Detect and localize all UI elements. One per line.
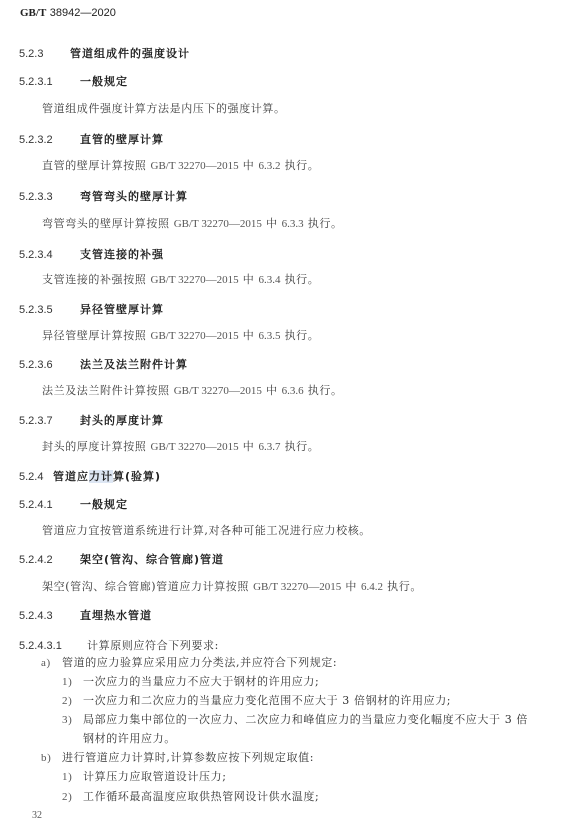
section-heading-5-2-3-4: 5.2.3.4支管连接的补强	[19, 246, 164, 262]
standard-reference: GB/T 32270—2015	[174, 218, 262, 230]
clause-reference: 6.3.3	[282, 218, 304, 230]
section-heading-5-2-4: 5.2.4管道应力计算(验算)	[19, 468, 161, 484]
section-number: 5.2.3.7	[19, 414, 80, 428]
text: 中	[243, 440, 255, 453]
clause-reference: 6.3.6	[282, 385, 304, 397]
section-number: 5.2.4	[19, 470, 53, 484]
section-title: 架空(管沟、综合管廊)管道	[80, 553, 224, 566]
list-text: 一次应力和二次应力的当量应力变化范围不应大于 3 倍钢材的许用应力;	[83, 694, 451, 707]
standard-code-header: GB/T 38942—2020	[20, 6, 116, 20]
text: 支管连接的补强按照	[42, 273, 146, 286]
text: 中	[345, 580, 357, 593]
section-number: 5.2.4.3.1	[19, 639, 87, 653]
clause-reference: 6.3.4	[258, 274, 280, 286]
section-heading-5-2-4-3: 5.2.4.3直埋热水管道	[19, 607, 152, 623]
page-number: 32	[32, 809, 42, 823]
text: 法兰及法兰附件计算按照	[42, 384, 170, 397]
list-item-b: b)进行管道应力计算时,计算参数应按下列规定取值:	[41, 751, 314, 765]
text: 直管的壁厚计算按照	[42, 159, 146, 172]
list-item-a: a)管道的应力验算应采用应力分类法,并应符合下列规定:	[41, 656, 337, 670]
text: 封头的厚度计算按照	[42, 440, 146, 453]
text: 执行。	[308, 384, 343, 397]
list-item-a-3-continuation: 钢材的许用应力。	[83, 732, 176, 746]
text: 架空(管沟、综合管廊)管道应力计算按照	[42, 580, 249, 593]
section-title: 直管的壁厚计算	[80, 133, 164, 146]
section-heading-5-2-3-7: 5.2.3.7封头的厚度计算	[19, 412, 164, 428]
text: 中	[266, 384, 278, 397]
standard-prefix: GB/T	[20, 7, 46, 19]
clause-reference: 6.3.7	[258, 441, 280, 453]
section-heading-5-2-3: 5.2.3管道组成件的强度设计	[19, 45, 190, 61]
list-text: 计算压力应取管道设计压力;	[83, 770, 227, 783]
section-heading-5-2-4-3-1: 5.2.4.3.1计算原则应符合下列要求:	[19, 637, 219, 653]
standard-reference: GB/T 32270—2015	[151, 441, 239, 453]
list-text: 局部应力集中部位的一次应力、二次应力和峰值应力的当量应力变化幅度不应大于 3 倍	[83, 713, 528, 726]
paragraph-5-2-3-6: 法兰及法兰附件计算按照 GB/T 32270—2015 中 6.3.6 执行。	[42, 384, 343, 398]
list-marker: b)	[41, 751, 62, 765]
paragraph-5-2-3-5: 异径管壁厚计算按照 GB/T 32270—2015 中 6.3.5 执行。	[42, 329, 319, 343]
text: 执行。	[285, 159, 320, 172]
text: 异径管壁厚计算按照	[42, 329, 146, 342]
list-item-b-1: 1)计算压力应取管道设计压力;	[62, 770, 227, 784]
section-title: 支管连接的补强	[80, 248, 164, 261]
section-title: 法兰及法兰附件计算	[80, 358, 188, 371]
section-title: 管道组成件的强度设计	[70, 47, 190, 60]
text: 弯管弯头的壁厚计算按照	[42, 217, 170, 230]
text: 管道应	[53, 470, 89, 483]
section-title: 直埋热水管道	[80, 609, 152, 622]
section-number: 5.2.3	[19, 47, 70, 61]
list-text: 进行管道应力计算时,计算参数应按下列规定取值:	[62, 751, 314, 764]
section-number: 5.2.3.5	[19, 303, 80, 317]
text: 算(验算)	[113, 470, 161, 483]
paragraph-5-2-4-2: 架空(管沟、综合管廊)管道应力计算按照 GB/T 32270—2015 中 6.…	[42, 580, 422, 594]
list-marker: 1)	[62, 675, 83, 689]
text: 执行。	[285, 440, 320, 453]
section-heading-5-2-3-3: 5.2.3.3弯管弯头的壁厚计算	[19, 188, 188, 204]
section-title: 弯管弯头的壁厚计算	[80, 190, 188, 203]
section-title: 管道应力计算(验算)	[53, 470, 161, 483]
text: 中	[243, 329, 255, 342]
standard-reference: GB/T 32270—2015	[151, 274, 239, 286]
section-heading-5-2-4-2: 5.2.4.2架空(管沟、综合管廊)管道	[19, 551, 224, 567]
clause-reference: 6.4.2	[361, 581, 383, 593]
list-text: 工作循环最高温度应取供热管网设计供水温度;	[83, 790, 319, 803]
clause-reference: 6.3.5	[258, 330, 280, 342]
standard-reference: GB/T 32270—2015	[174, 385, 262, 397]
text: 中	[243, 159, 255, 172]
text: 执行。	[285, 273, 320, 286]
section-number: 5.2.3.2	[19, 133, 80, 147]
list-item-b-2: 2)工作循环最高温度应取供热管网设计供水温度;	[62, 790, 319, 804]
section-number: 5.2.4.2	[19, 553, 80, 567]
section-heading-5-2-3-1: 5.2.3.1一般规定	[19, 73, 128, 89]
paragraph-5-2-3-3: 弯管弯头的壁厚计算按照 GB/T 32270—2015 中 6.3.3 执行。	[42, 217, 343, 231]
standard-reference: GB/T 32270—2015	[253, 581, 341, 593]
text: 中	[243, 273, 255, 286]
list-marker: 1)	[62, 770, 83, 784]
section-title: 一般规定	[80, 498, 128, 511]
standard-reference: GB/T 32270—2015	[151, 330, 239, 342]
paragraph-5-2-3-2: 直管的壁厚计算按照 GB/T 32270—2015 中 6.3.2 执行。	[42, 159, 319, 173]
section-heading-5-2-3-5: 5.2.3.5异径管壁厚计算	[19, 301, 164, 317]
paragraph-5-2-4-1: 管道应力宜按管道系统进行计算,对各种可能工况进行应力校核。	[42, 524, 371, 538]
section-number: 5.2.4.1	[19, 498, 80, 512]
list-text: 管道的应力验算应采用应力分类法,并应符合下列规定:	[62, 656, 337, 669]
paragraph-5-2-3-1: 管道组成件强度计算方法是内压下的强度计算。	[42, 102, 286, 116]
section-number: 5.2.3.4	[19, 248, 80, 262]
list-text: 一次应力的当量应力不应大于钢材的许用应力;	[83, 675, 319, 688]
section-heading-5-2-4-1: 5.2.4.1一般规定	[19, 496, 128, 512]
list-marker: 3)	[62, 713, 83, 727]
section-title: 异径管壁厚计算	[80, 303, 164, 316]
text: 执行。	[285, 329, 320, 342]
list-item-a-2: 2)一次应力和二次应力的当量应力变化范围不应大于 3 倍钢材的许用应力;	[62, 694, 451, 708]
paragraph-5-2-3-4: 支管连接的补强按照 GB/T 32270—2015 中 6.3.4 执行。	[42, 273, 319, 287]
section-heading-5-2-3-2: 5.2.3.2直管的壁厚计算	[19, 131, 164, 147]
paragraph-5-2-3-7: 封头的厚度计算按照 GB/T 32270—2015 中 6.3.7 执行。	[42, 440, 319, 454]
section-number: 5.2.3.1	[19, 75, 80, 89]
text: 中	[266, 217, 278, 230]
list-marker: a)	[41, 656, 62, 670]
text-selection-highlight[interactable]: 力计	[89, 470, 113, 483]
list-marker: 2)	[62, 790, 83, 804]
list-item-a-1: 1)一次应力的当量应力不应大于钢材的许用应力;	[62, 675, 319, 689]
list-marker: 2)	[62, 694, 83, 708]
section-title: 一般规定	[80, 75, 128, 88]
section-title: 计算原则应符合下列要求:	[87, 639, 219, 652]
section-number: 5.2.3.6	[19, 358, 80, 372]
list-item-a-3: 3)局部应力集中部位的一次应力、二次应力和峰值应力的当量应力变化幅度不应大于 3…	[62, 713, 528, 727]
section-title: 封头的厚度计算	[80, 414, 164, 427]
section-heading-5-2-3-6: 5.2.3.6法兰及法兰附件计算	[19, 356, 188, 372]
section-number: 5.2.4.3	[19, 609, 80, 623]
text: 执行。	[308, 217, 343, 230]
standard-reference: GB/T 32270—2015	[151, 160, 239, 172]
section-number: 5.2.3.3	[19, 190, 80, 204]
text: 执行。	[387, 580, 422, 593]
standard-number: 38942—2020	[50, 7, 116, 19]
clause-reference: 6.3.2	[258, 160, 280, 172]
